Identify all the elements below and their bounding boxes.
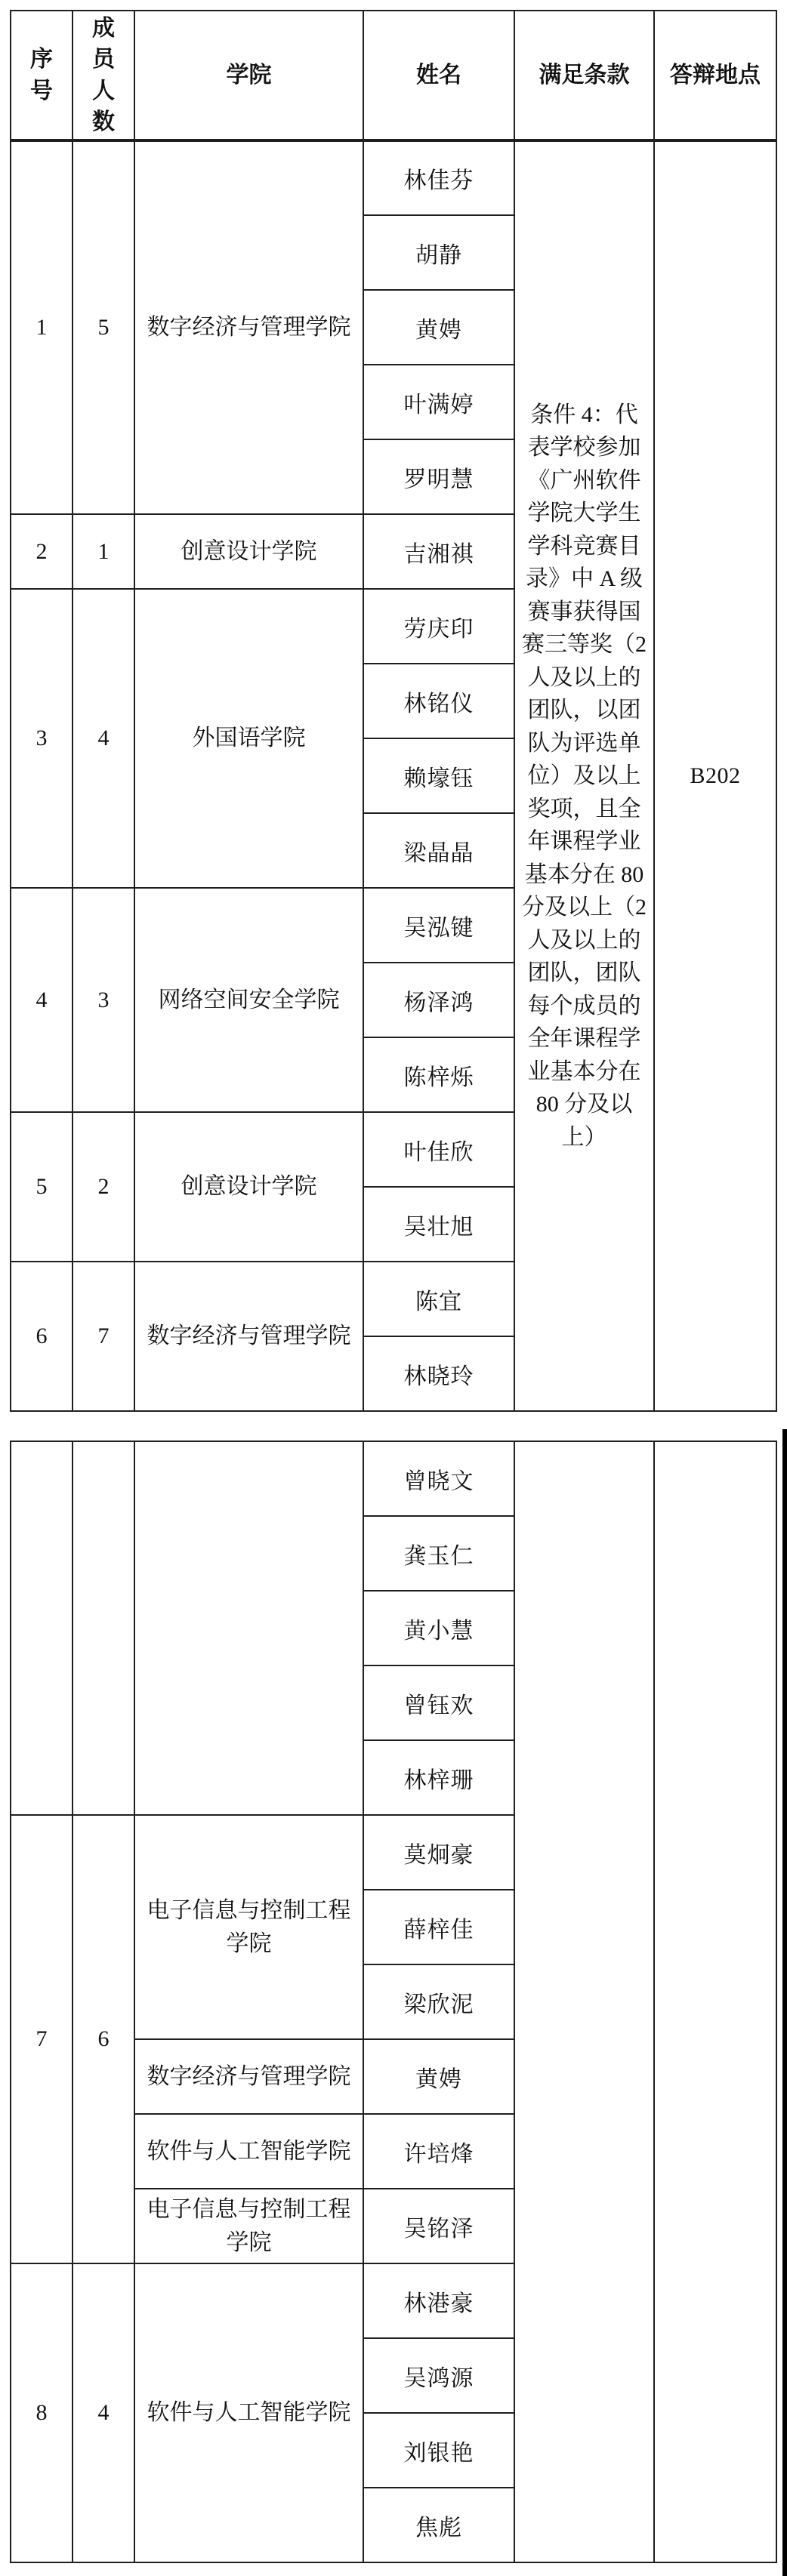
member-count-cell: 2 bbox=[73, 1112, 134, 1262]
name-cell: 黄娉 bbox=[363, 2039, 514, 2114]
member-count-cell: 4 bbox=[73, 589, 134, 888]
name-cell: 曾晓文 bbox=[363, 1441, 514, 1516]
college-cell: 外国语学院 bbox=[134, 589, 363, 888]
college-cell: 软件与人工智能学院 bbox=[134, 2114, 363, 2189]
name-cell: 吴鸿源 bbox=[363, 2338, 514, 2413]
college-cell-empty bbox=[134, 1441, 363, 1815]
table-row: 15数字经济与管理学院林佳芬条件 4：代表学校参加《广州软件学院大学生学科竞赛目… bbox=[11, 140, 776, 215]
name-cell: 叶满婷 bbox=[363, 365, 514, 439]
name-cell: 赖壕钰 bbox=[363, 738, 514, 813]
name-cell: 陈宜 bbox=[363, 1262, 514, 1336]
college-cell: 创意设计学院 bbox=[134, 514, 363, 589]
college-cell: 电子信息与控制工程学院 bbox=[134, 1815, 363, 2039]
name-cell: 吴泓键 bbox=[363, 888, 514, 963]
table-row: 曾晓文 bbox=[11, 1441, 776, 1516]
seq-cell: 2 bbox=[11, 514, 73, 589]
member-count-cell: 7 bbox=[73, 1262, 134, 1411]
name-cell: 林铭仪 bbox=[363, 664, 514, 738]
header-member-count: 成员人数 bbox=[73, 11, 134, 140]
name-cell: 焦彪 bbox=[363, 2488, 514, 2562]
member-count-cell: 5 bbox=[73, 140, 134, 514]
seq-cell: 7 bbox=[11, 1815, 73, 2263]
name-cell: 莫炯豪 bbox=[363, 1815, 514, 1890]
member-count-cell: 6 bbox=[73, 1815, 134, 2263]
seq-cell: 5 bbox=[11, 1112, 73, 1262]
member-count-cell: 3 bbox=[73, 888, 134, 1112]
name-cell: 罗明慧 bbox=[363, 439, 514, 514]
name-cell: 陈梓烁 bbox=[363, 1037, 514, 1112]
name-cell: 梁晶晶 bbox=[363, 813, 514, 888]
college-cell: 创意设计学院 bbox=[134, 1112, 363, 1262]
header-no: 序号 bbox=[11, 11, 73, 140]
condition-cell: 条件 4：代表学校参加《广州软件学院大学生学科竞赛目录》中 A 级赛事获得国赛三… bbox=[514, 140, 654, 1411]
seq-cell: 1 bbox=[11, 140, 73, 514]
header-name: 姓名 bbox=[363, 11, 514, 140]
roster-table-1: 序号成员人数学院姓名满足条款答辩地点15数字经济与管理学院林佳芬条件 4：代表学… bbox=[10, 10, 777, 1412]
page-edge-bar bbox=[782, 1429, 787, 2576]
name-cell: 黄娉 bbox=[363, 290, 514, 365]
name-cell: 吉湘祺 bbox=[363, 514, 514, 589]
name-cell: 吴铭泽 bbox=[363, 2189, 514, 2263]
seq-cell-empty bbox=[11, 1441, 73, 1815]
name-cell: 薛梓佳 bbox=[363, 1890, 514, 1964]
member-count-cell: 1 bbox=[73, 514, 134, 589]
college-cell: 软件与人工智能学院 bbox=[134, 2263, 363, 2562]
name-cell: 林梓珊 bbox=[363, 1740, 514, 1815]
name-cell: 胡静 bbox=[363, 215, 514, 290]
name-cell: 曾钰欢 bbox=[363, 1665, 514, 1740]
name-cell: 龚玉仁 bbox=[363, 1516, 514, 1591]
seq-cell: 8 bbox=[11, 2263, 73, 2562]
name-cell: 林佳芬 bbox=[363, 140, 514, 215]
name-cell: 杨泽鸿 bbox=[363, 963, 514, 1037]
seq-cell: 4 bbox=[11, 888, 73, 1112]
header-condition: 满足条款 bbox=[514, 11, 654, 140]
roster-table-2: 曾晓文龚玉仁黄小慧曾钰欢林梓珊76电子信息与控制工程学院莫炯豪薛梓佳梁欣泥数字经… bbox=[10, 1441, 777, 2563]
member-count-cell-empty bbox=[73, 1441, 134, 1815]
header-college: 学院 bbox=[134, 11, 363, 140]
college-cell: 电子信息与控制工程学院 bbox=[134, 2189, 363, 2263]
name-cell: 黄小慧 bbox=[363, 1591, 514, 1665]
document-page: { "page": { "background": "#ffffff", "bo… bbox=[0, 0, 787, 2576]
college-cell: 网络空间安全学院 bbox=[134, 888, 363, 1112]
header-row: 序号成员人数学院姓名满足条款答辩地点 bbox=[11, 11, 776, 140]
college-cell: 数字经济与管理学院 bbox=[134, 1262, 363, 1411]
name-cell: 吴壮旭 bbox=[363, 1187, 514, 1262]
name-cell: 林晓玲 bbox=[363, 1336, 514, 1411]
name-cell: 许培烽 bbox=[363, 2114, 514, 2189]
name-cell: 劳庆印 bbox=[363, 589, 514, 664]
name-cell: 梁欣泥 bbox=[363, 1964, 514, 2039]
college-cell: 数字经济与管理学院 bbox=[134, 140, 363, 514]
name-cell: 叶佳欣 bbox=[363, 1112, 514, 1187]
seq-cell: 6 bbox=[11, 1262, 73, 1411]
member-count-cell: 4 bbox=[73, 2263, 134, 2562]
seq-cell: 3 bbox=[11, 589, 73, 888]
header-venue: 答辩地点 bbox=[654, 11, 776, 140]
venue-cell-empty bbox=[654, 1441, 776, 2562]
condition-cell-empty bbox=[514, 1441, 654, 2562]
college-cell: 数字经济与管理学院 bbox=[134, 2039, 363, 2114]
name-cell: 林港豪 bbox=[363, 2263, 514, 2338]
name-cell: 刘银艳 bbox=[363, 2413, 514, 2488]
venue-cell: B202 bbox=[654, 140, 776, 1411]
